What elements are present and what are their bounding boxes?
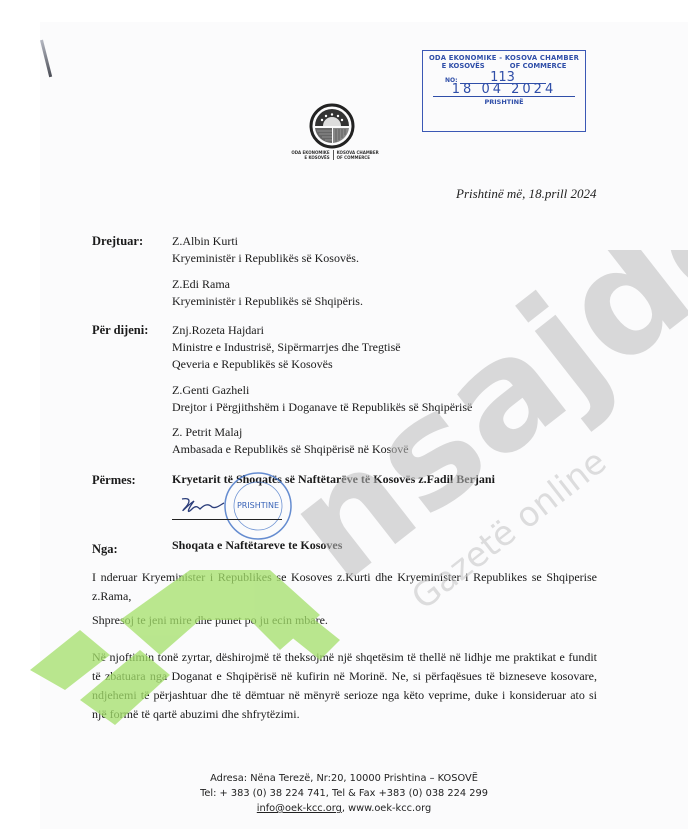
logo-caption: ODA EKONOMIKE E KOSOVËS KOSOVA CHAMBER O… [290,150,380,160]
stamp-org-right: KOSOVA CHAMBER [505,54,579,62]
stamp-text: PRISHTINE [237,501,279,510]
cc-recipient-3: Z. Petrit Malaj Ambasada e Republikës së… [172,424,409,458]
stamp-org-right-2: OF COMMERCE [510,62,567,70]
stamp-org-left: ODA EKONOMIKE [429,54,497,62]
recipient-1: Z.Albin Kurti Kryeministër i Republikës … [172,233,359,267]
body-paragraph: Në njoftimin tonë zyrtar, dëshirojmë të … [92,648,597,724]
signature-line [172,519,282,520]
via-label: Përmes: [92,473,136,488]
footer-email-link[interactable]: info@oek-kcc.org [257,803,342,814]
footer-phone: Tel: + 383 (0) 38 224 741, Tel & Fax +38… [0,786,688,801]
chamber-logo-icon [309,103,355,149]
stamp-date: 18 04 2024 [433,84,575,97]
cc-recipient-2: Z.Genti Gazheli Drejtor i Përgjithshëm i… [172,382,472,416]
recipient-name: Z.Edi Rama [172,276,363,293]
cc-title: Ambasada e Republikës së Shqipërisë në K… [172,441,409,458]
logo-caption-left-2: E KOSOVËS [291,155,329,160]
cc-title: Drejtor i Përgjithshëm i Doganave të Rep… [172,399,472,416]
stamp-dash: - [499,54,502,62]
association-round-stamp: PRISHTINE [222,470,294,542]
salutation: I nderuar Kryeminister i Republikes se K… [92,568,597,606]
cc-label: Për dijeni: [92,323,148,338]
cc-recipient-1: Znj.Rozeta Hajdari Ministre e Industrisë… [172,322,401,373]
recipient-title: Kryeministër i Republikës së Kosovës. [172,250,359,267]
cc-title: Ministre e Industrisë, Sipërmarrjes dhe … [172,339,401,356]
stamp-org-left-2: E KOSOVËS [442,62,485,70]
footer-contacts: info@oek-kcc.org, www.oek-kcc.org [0,801,688,816]
cc-name: Znj.Rozeta Hajdari [172,322,401,339]
footer-address: Adresa: Nëna Terezë, Nr:20, 10000 Prisht… [0,771,688,786]
signature-icon [178,495,228,517]
footer-website-link[interactable]: www.oek-kcc.org [348,803,431,814]
cc-title-2: Qeveria e Republikës së Kosovës [172,356,401,373]
greeting: Shpresoj te jeni mire dhe punet po ju ec… [92,611,597,630]
cc-name: Z. Petrit Malaj [172,424,409,441]
recipient-2: Z.Edi Rama Kryeministër i Republikës së … [172,276,363,310]
from-value: Shoqata e Naftëtareve te Kosoves [172,537,342,554]
recipient-name: Z.Albin Kurti [172,233,359,250]
via-value: Kryetarit të Shoqatës së Naftëtarëve të … [172,471,495,488]
footer: Adresa: Nëna Terezë, Nr:20, 10000 Prisht… [0,771,688,816]
addressed-label: Drejtuar: [92,234,143,249]
stamp-city: PRISHTINË [423,98,585,106]
cc-name: Z.Genti Gazheli [172,382,472,399]
date-line: Prishtinë më, 18.prill 2024 [456,186,596,202]
logo-caption-right-2: OF COMMERCE [337,155,379,160]
from-label: Nga: [92,542,118,557]
registry-stamp: ODA EKONOMIKE - KOSOVA CHAMBER E KOSOVËS… [422,50,586,132]
recipient-title: Kryeministër i Republikës së Shqipëris. [172,293,363,310]
